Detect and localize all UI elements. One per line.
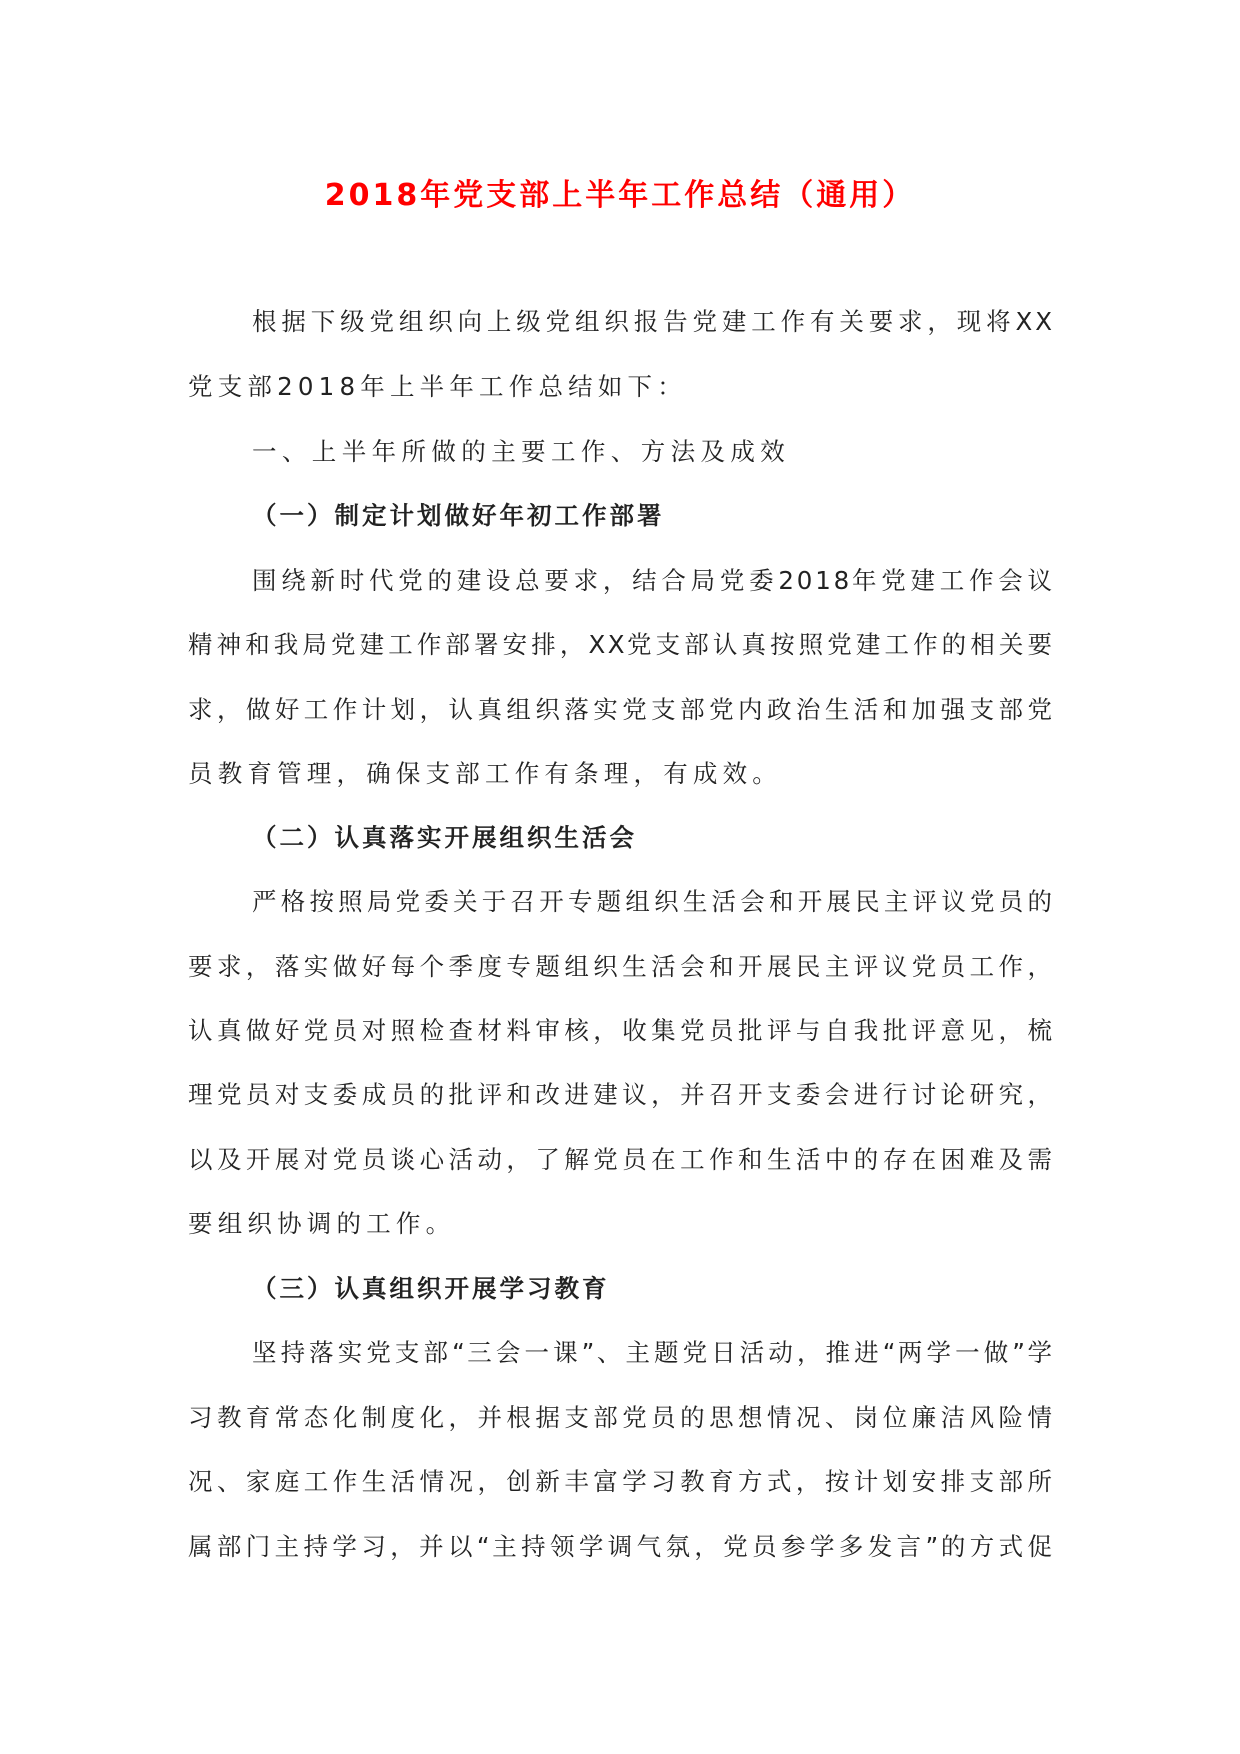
paragraph-1-line-3: 求​ ，​ 做​ 好​ 工​ 作​ 计​ 划​ ，​ 认​ 真​ 组​ 织​ 落… <box>188 693 1052 727</box>
paragraph-3-line-1: 坚​ 持​ 落​ 实​ 党​ 支​ 部​ “​ 三​ 会​ 一​ 课​ ”​ 、… <box>252 1336 1052 1370</box>
subheading-2: （二）认真落实开展组织生活会 <box>252 821 1052 855</box>
paragraph-2-line-5: 以​ 及​ 开​ 展​ 对​ 党​ 员​ 谈​ 心​ 活​ 动​ ，​ 了​ 解… <box>188 1143 1052 1177</box>
paragraph-3-line-2: 习​ 教​ 育​ 常​ 态​ 化​ 制​ 度​ 化​ ，​ 并​ 根​ 据​ 支… <box>188 1401 1052 1435</box>
document-page: 2018年党支部上半年工作总结（通用） 根​ 据​ 下​ 级​ 党​ 组​ 织​… <box>0 0 1240 1754</box>
paragraph-1-line-2: 精​ 神​ 和​ 我​ 局​ 党​ 建​ 工​ 作​ 部​ 署​ 安​ 排​ ，… <box>188 628 1052 662</box>
paragraph-3-line-4: 属​ 部​ 门​ 主​ 持​ 学​ 习​ ，​ 并​ 以​ “​ 主​ 持​ 领… <box>188 1530 1052 1564</box>
paragraph-2-line-1: 严​ 格​ 按​ 照​ 局​ 党​ 委​ 关​ 于​ 召​ 开​ 专​ 题​ 组… <box>252 885 1052 919</box>
subheading-3: （三）认真组织开展学习教育 <box>252 1272 1052 1306</box>
paragraph-intro-line-2: 党支部2018年上半年工作总结如下： <box>188 370 1052 404</box>
paragraph-2-line-6: 要组织协调的工作。 <box>188 1207 1052 1241</box>
subheading-1: （一）制定计划做好年初工作部署 <box>252 499 1052 533</box>
paragraph-2-line-3: 认​ 真​ 做​ 好​ 党​ 员​ 对​ 照​ 检​ 查​ 材​ 料​ 审​ 核… <box>188 1014 1052 1048</box>
section-heading-1: 一、上半年所做的主要工作、方法及成效 <box>252 435 1052 469</box>
paragraph-2-line-2: 要​ 求​ ，​ 落​ 实​ 做​ 好​ 每​ 个​ 季​ 度​ 专​ 题​ 组… <box>188 950 1052 984</box>
paragraph-intro-line-1: 根​ 据​ 下​ 级​ 党​ 组​ 织​ 向​ 上​ 级​ 党​ 组​ 织​ 报… <box>252 305 1052 339</box>
paragraph-3-line-3: 况​ 、​ 家​ 庭​ 工​ 作​ 生​ 活​ 情​ 况​ ，​ 创​ 新​ 丰… <box>188 1465 1052 1499</box>
paragraph-1-line-4: 员教育管理，确保支部工作有条理，有成效。 <box>188 757 1052 791</box>
paragraph-2-line-4: 理​ 党​ 员​ 对​ 支​ 委​ 成​ 员​ 的​ 批​ 评​ 和​ 改​ 进… <box>188 1078 1052 1112</box>
document-title: 2018年党支部上半年工作总结（通用） <box>0 176 1240 216</box>
paragraph-1-line-1: 围​ 绕​ 新​ 时​ 代​ 党​ 的​ 建​ 设​ 总​ 要​ 求​ ，​ 结… <box>252 564 1052 598</box>
